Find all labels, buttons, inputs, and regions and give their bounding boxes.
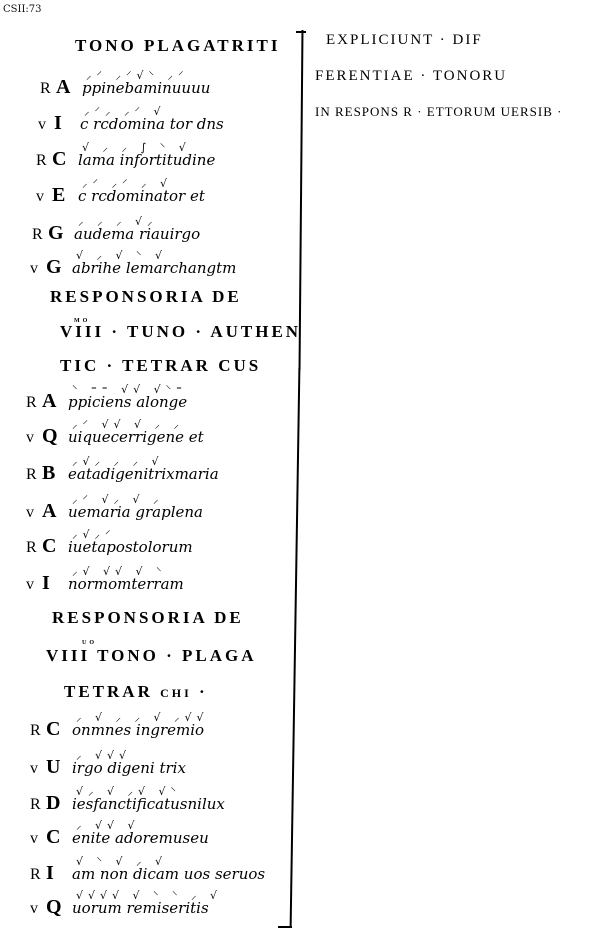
divider-top-crossbar <box>296 31 306 33</box>
section-heading-tono-plaga-triti: TONO PLAGATRITI <box>75 36 280 56</box>
heading-text: VIII · TUNO · AUTHEN <box>60 322 301 341</box>
entry-label: R <box>26 466 42 484</box>
chant-entry: vE⸝⸍ ⸝⸍ ⸝ √c rcdominator et <box>36 184 205 207</box>
neume-notation: ⸝√⸝⸍ <box>72 527 116 542</box>
neume-notation: ⸝⸍⸝ ⸝⸍ √ <box>84 104 166 119</box>
entry-initial: G <box>48 222 74 245</box>
entry-label: R <box>36 152 52 170</box>
chant-entry: vG√ ⸝ √ ⸌ √abrihe lemarchangtm <box>30 256 236 279</box>
entry-label: v <box>30 900 46 918</box>
neume-notation: ⸝√ √√ √ ⸌ <box>72 564 167 579</box>
neume-notation: √ ⸌ √ ⸝ √ <box>76 854 167 869</box>
column-divider-rule <box>299 30 304 370</box>
entry-label: R <box>26 539 42 557</box>
neume-notation: ⸝⸍ ⸝⸍ ⸝ √ <box>82 176 172 191</box>
neume-notation: ⸝√⸝ ⸝ ⸝ √ <box>72 454 164 469</box>
neume-notation: √ ⸝ ⸝ ∫ ⸌ √ <box>82 140 191 155</box>
divider-bottom-foot <box>278 926 292 928</box>
entry-initial: G <box>46 256 72 279</box>
explicit-line-2: FERENTIAE · TONORU <box>315 68 507 85</box>
entry-initial: I <box>42 572 68 595</box>
entry-initial: Q <box>42 425 68 448</box>
page-reference: CSII:73 <box>3 4 42 15</box>
entry-initial: I <box>54 112 80 135</box>
entry-label: R <box>30 866 46 884</box>
entry-initial: U <box>46 756 72 779</box>
superscript-abbrev: uo <box>82 636 97 646</box>
entry-initial: Q <box>46 896 72 919</box>
entry-label: v <box>30 830 46 848</box>
neume-notation: ⸝⸍ √⸝ √ ⸝ <box>72 492 164 507</box>
chant-entry: vI⸝√ √√ √ ⸌normomterram <box>26 572 184 595</box>
entry-label: R <box>40 80 56 98</box>
entry-label: v <box>36 188 52 206</box>
entry-label: R <box>26 394 42 412</box>
section-heading-responsoria-2: RESPONSORIA DE <box>52 608 244 628</box>
explicit-line-1: EXPLICIUNT · DIF <box>326 32 483 49</box>
chant-entry: RI√ ⸌ √ ⸝ √am non dicam uos seruos <box>30 862 265 885</box>
entry-initial: C <box>46 826 72 849</box>
chant-entry: vA⸝⸍ √⸝ √ ⸝uemaria graplena <box>26 500 203 523</box>
entry-initial: E <box>52 184 78 207</box>
section-heading-tetrarcus: TIC · TETRAR CUS <box>60 356 261 376</box>
chant-entry: vQ⸝⸍ √√ √ ⸝ ⸝uiquecerrigene et <box>26 425 204 448</box>
chant-entry: RC⸝ √ ⸝ ⸝ √ ⸝√√onmnes ingremio <box>30 718 204 741</box>
entry-label: R <box>30 722 46 740</box>
entry-initial: A <box>42 500 68 523</box>
section-heading-tono-authentic: mo VIII · TUNO · AUTHEN <box>60 322 301 342</box>
neume-notation: ⸌ ⁼⁼ √√ √⸌⁼ <box>72 382 187 397</box>
entry-initial: A <box>56 76 82 99</box>
column-divider-rule-lower <box>290 368 301 928</box>
entry-initial: C <box>42 535 68 558</box>
heading-text: VIII TONO · PLAGA <box>46 646 257 665</box>
entry-initial: A <box>42 390 68 413</box>
neume-notation: ⸝⸍ √√ √ ⸝ ⸝ <box>72 417 184 432</box>
entry-initial: I <box>46 862 72 885</box>
explicit-line-3: IN RESPONS R · ETTORUM UERSIB · <box>315 104 562 120</box>
chant-entry: vQ√√√√ √ ⸌ ⸌ ⸝ √uorum remiseritis <box>30 896 209 919</box>
entry-initial: C <box>46 718 72 741</box>
section-heading-responsoria: RESPONSORIA DE <box>50 287 242 307</box>
neume-notation: ⸝ √ ⸝ ⸝ √ ⸝√√ <box>76 710 209 725</box>
chant-entry: RD√⸝ √ ⸝√ √⸌iesfanctificatusnilux <box>30 792 225 815</box>
neume-notation: ⸝ √√ √ <box>76 818 140 833</box>
neume-notation: ⸝⸍ ⸝⸍√⸌ ⸝⸍ <box>86 68 189 83</box>
entry-initial: B <box>42 462 68 485</box>
chant-entry: RA⸌ ⁼⁼ √√ √⸌⁼ppiciens alonge <box>26 390 187 413</box>
chant-entry: vI⸝⸍⸝ ⸝⸍ √c rcdomina tor dns <box>38 112 224 135</box>
neume-notation: √⸝ √ ⸝√ √⸌ <box>76 784 181 799</box>
chant-entry: vU⸝ √√√irgo digeni trix <box>30 756 186 779</box>
chant-entry: RC⸝√⸝⸍iuetapostolorum <box>26 535 193 558</box>
entry-label: v <box>30 760 46 778</box>
chant-entry: RC√ ⸝ ⸝ ∫ ⸌ √lama infortitudine <box>36 148 215 171</box>
superscript-abbrev: mo <box>74 314 90 324</box>
neume-notation: √ ⸝ √ ⸌ √ <box>76 248 167 263</box>
chant-entry: RB⸝√⸝ ⸝ ⸝ √eatadigenitrixmaria <box>26 462 219 485</box>
entry-initial: D <box>46 792 72 815</box>
section-heading-tetrarchi: TETRAR chi · <box>64 682 208 702</box>
chant-entry: vC⸝ √√ √enite adoremuseu <box>30 826 209 849</box>
neume-notation: ⸝ ⸝ ⸝ √⸝ <box>78 214 158 229</box>
entry-label: v <box>38 116 54 134</box>
neume-notation: √√√√ √ ⸌ ⸌ ⸝ √ <box>76 888 222 903</box>
chant-entry: RG⸝ ⸝ ⸝ √⸝audema riauirgo <box>32 222 200 245</box>
section-heading-tono-plaga: uo VIII TONO · PLAGA <box>46 646 257 666</box>
entry-label: R <box>30 796 46 814</box>
neume-notation: ⸝ √√√ <box>76 748 131 763</box>
entry-label: v <box>26 429 42 447</box>
entry-label: R <box>32 226 48 244</box>
chant-entry: RA⸝⸍ ⸝⸍√⸌ ⸝⸍ppinebaminuuuu <box>40 76 210 99</box>
entry-initial: C <box>52 148 78 171</box>
entry-label: v <box>30 260 46 278</box>
entry-label: v <box>26 504 42 522</box>
entry-label: v <box>26 576 42 594</box>
